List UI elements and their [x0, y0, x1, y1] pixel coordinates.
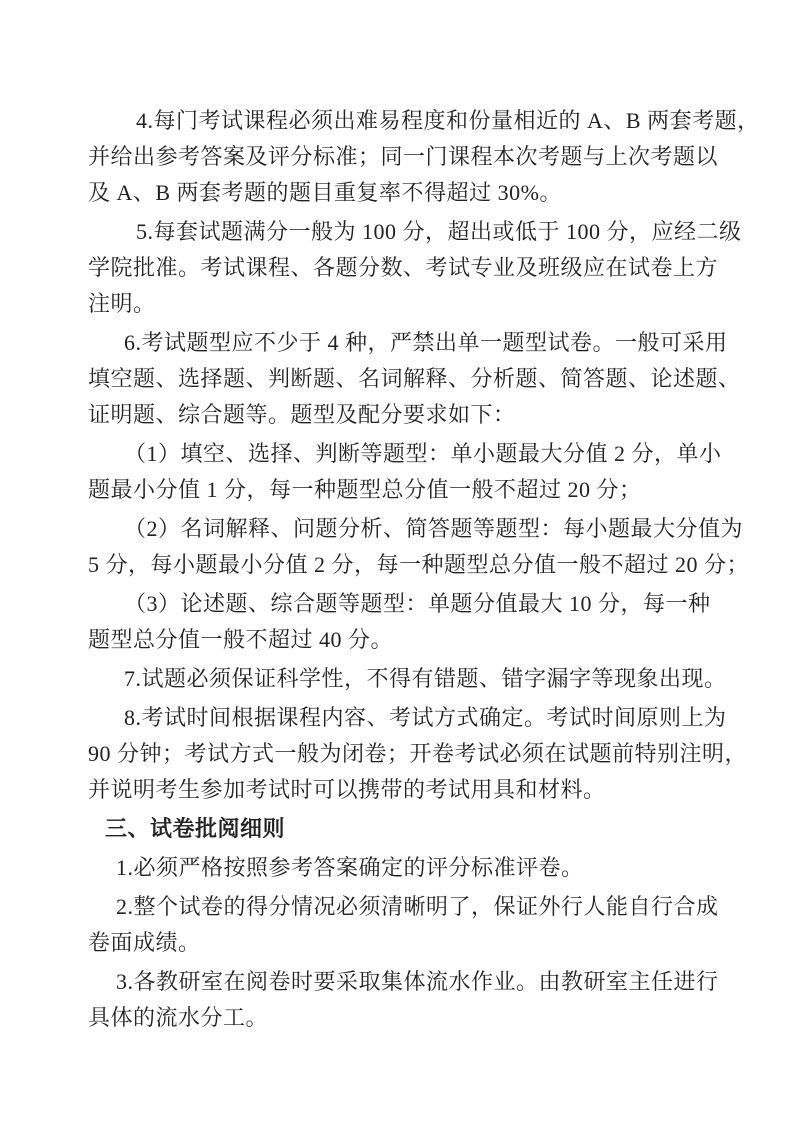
- text-line: 5 分，每小题最小分值 2 分，每一种题型总分值一般不超过 20 分；: [88, 547, 710, 583]
- text-line: 4.每门考试课程必须出难易程度和份量相近的 A、B 两套考题，: [88, 103, 710, 139]
- text-line: （2）名词解释、问题分析、简答题等题型：每小题最大分值为: [88, 511, 710, 547]
- document-body: 4.每门考试课程必须出难易程度和份量相近的 A、B 两套考题， 并给出参考答案及…: [88, 103, 710, 1036]
- text-line: 题型总分值一般不超过 40 分。: [88, 622, 710, 658]
- document-page: 4.每门考试课程必须出难易程度和份量相近的 A、B 两套考题， 并给出参考答案及…: [0, 0, 794, 1122]
- text-line: 学院批准。考试课程、各题分数、考试专业及班级应在试卷上方: [88, 250, 710, 286]
- text-line: 2.整个试卷的得分情况必须清晰明了，保证外行人能自行合成: [88, 889, 710, 925]
- text-line: 3.各教研室在阅卷时要采取集体流水作业。由教研室主任进行: [88, 964, 710, 1000]
- text-line: 题最小分值 1 分，每一种题型总分值一般不超过 20 分；: [88, 472, 710, 508]
- text-line: 8.考试时间根据课程内容、考试方式确定。考试时间原则上为: [88, 700, 710, 736]
- text-line: 具体的流水分工。: [88, 1000, 710, 1036]
- text-line: 并给出参考答案及评分标准；同一门课程本次考题与上次考题以: [88, 139, 710, 175]
- text-line: 及 A、B 两套考题的题目重复率不得超过 30%。: [88, 175, 710, 211]
- text-line: 填空题、选择题、判断题、名词解释、分析题、简答题、论述题、: [88, 361, 710, 397]
- text-line: 6.考试题型应不少于 4 种，严禁出单一题型试卷。一般可采用: [88, 325, 710, 361]
- text-line: （3）论述题、综合题等题型：单题分值最大 10 分，每一种: [88, 586, 710, 622]
- text-line: 卷面成绩。: [88, 925, 710, 961]
- section-heading: 三、试卷批阅细则: [88, 811, 710, 847]
- text-line: 1.必须严格按照参考答案确定的评分标准评卷。: [88, 850, 710, 886]
- text-line: （1）填空、选择、判断等题型：单小题最大分值 2 分，单小: [88, 436, 710, 472]
- text-line: 并说明考生参加考试时可以携带的考试用具和材料。: [88, 772, 710, 808]
- text-line: 5.每套试题满分一般为 100 分，超出或低于 100 分，应经二级: [88, 214, 710, 250]
- text-line: 证明题、综合题等。题型及配分要求如下：: [88, 397, 710, 433]
- text-line: 注明。: [88, 286, 710, 322]
- text-line: 7.试题必须保证科学性，不得有错题、错字漏字等现象出现。: [88, 661, 710, 697]
- text-line: 90 分钟；考试方式一般为闭卷；开卷考试必须在试题前特别注明，: [88, 736, 710, 772]
